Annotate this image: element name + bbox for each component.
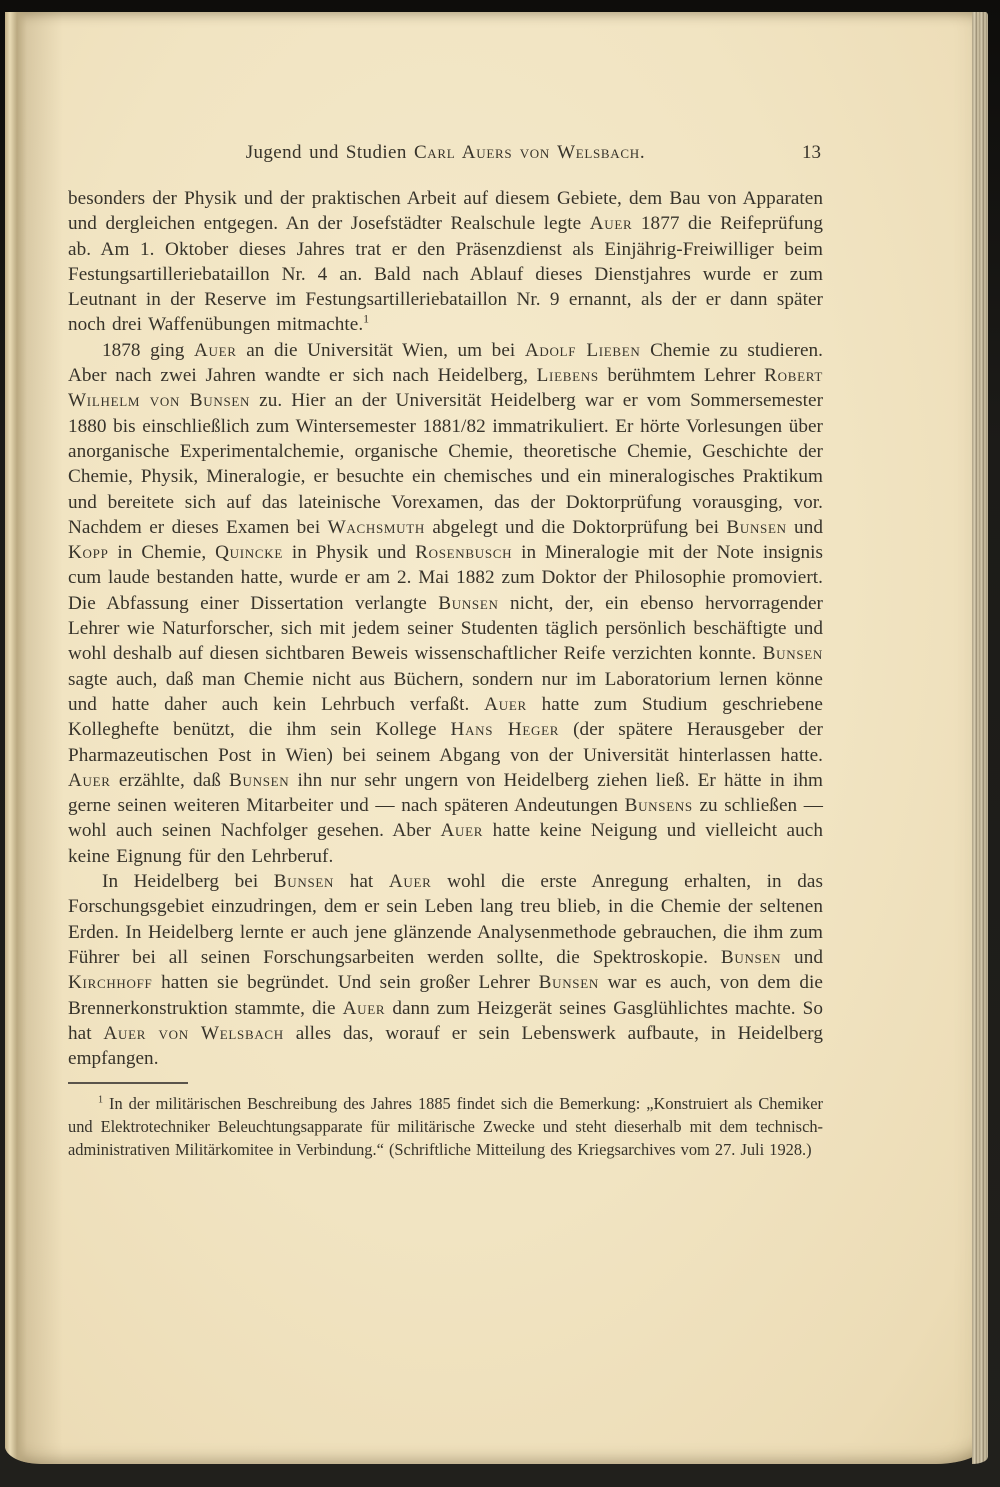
footnote: 1 In der militärischen Beschreibung des … [68,1093,823,1161]
paragraph: 1878 ging Auer an die Universität Wien, … [68,338,823,869]
page-body: besonders der Physik und der praktischen… [68,186,823,1162]
page-number: 13 [802,142,821,164]
running-head-title-regular: Jugend und Studien [246,142,414,163]
page-edge-stack [972,12,988,1464]
footnote-rule [68,1082,188,1084]
running-head: Jugend und Studien Carl Auers von Welsba… [68,142,823,164]
running-head-title-smallcaps: Carl Auers von Welsbach. [414,142,645,163]
gutter-shadow [5,12,67,1464]
book-page: Jugend und Studien Carl Auers von Welsba… [5,12,988,1464]
paragraph: In Heidelberg bei Bunsen hat Auer wohl d… [68,869,823,1071]
running-head-title: Jugend und Studien Carl Auers von Welsba… [246,142,646,163]
paragraph: besonders der Physik und der praktischen… [68,186,823,338]
